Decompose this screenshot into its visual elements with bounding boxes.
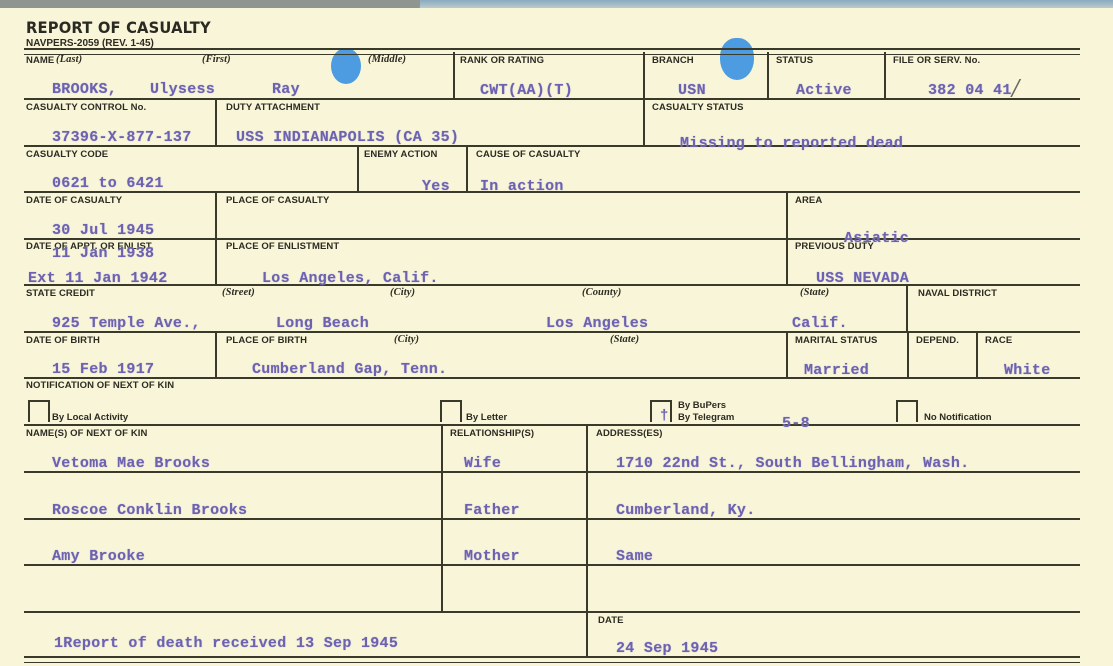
vrule-status [767,52,769,98]
form-title: REPORT OF CASUALTY [26,18,211,37]
label-state-credit: STATE CREDIT [26,288,95,299]
label-place-enlist: PLACE OF ENLISTMENT [226,241,339,252]
label-notification: NOTIFICATION OF NEXT OF KIN [26,380,174,391]
label-name-middle: (Middle) [368,54,406,65]
label-cause: CAUSE OF CASUALTY [476,149,580,160]
rule-top [24,48,1080,55]
nok-name-2: Roscoe Conklin Brooks [52,502,247,519]
rule-4 [24,238,1080,240]
value-name-middle: Ray [272,81,300,98]
label-depend: DEPEND. [916,335,959,346]
label-by-letter: By Letter [466,412,507,423]
vrule-pob [215,333,217,377]
vrule-naval [906,286,908,331]
value-duty-attachment: USS INDIANAPOLIS (CA 35) [236,129,459,146]
check-mark-telegram: † [660,408,669,424]
value-race: White [1004,362,1051,379]
rule-11 [24,564,1080,566]
label-birth-city: (City) [394,334,419,345]
value-state: Calif. [792,315,848,332]
label-by-bupers: By BuPers [678,400,726,411]
vrule-cause [466,147,468,191]
checkbox-by-letter[interactable] [440,400,462,422]
label-status: STATUS [776,55,813,66]
nok-address-3: Same [616,548,653,565]
rule-8 [24,424,1080,426]
label-city: (City) [390,287,415,298]
value-name-first: Ulysess [150,81,215,98]
vrule-depend [907,333,909,377]
value-marital: Married [804,362,869,379]
nok-relationship-1: Wife [464,455,501,472]
label-enemy-action: ENEMY ACTION [364,149,438,160]
checkbox-by-local-activity[interactable] [28,400,50,422]
vrule-marital [786,333,788,377]
label-casualty-status: CASUALTY STATUS [652,102,744,113]
nok-name-3: Amy Brooke [52,548,145,565]
vrule-duty [215,100,217,145]
label-place-casualty: PLACE OF CASUALTY [226,195,329,206]
value-date-appt-original: 11 Jan 1938 [52,245,154,262]
label-race: RACE [985,335,1012,346]
nok-relationship-3: Mother [464,548,520,565]
value-enemy-action: Yes [422,178,450,195]
value-place-enlist: Los Angeles, Calif. [262,270,439,287]
checkbox-no-notification[interactable] [896,400,918,422]
value-date-casualty: 30 Jul 1945 [52,222,154,239]
label-county: (County) [582,287,621,298]
label-casualty-control: CASUALTY CONTROL No. [26,102,146,113]
label-birth-state: (State) [610,334,639,345]
value-street: 925 Temple Ave., [52,315,201,332]
label-rank: RANK OR RATING [460,55,544,66]
vrule-relationship [441,426,443,611]
rule-5 [24,284,1080,286]
label-date: DATE [598,615,624,626]
value-place-birth: Cumberland Gap, Tenn. [252,361,447,378]
value-date-appt-extension: Ext 11 Jan 1942 [28,270,168,287]
label-addresses: ADDRESS(ES) [596,428,663,439]
vrule-area [786,193,788,284]
value-name-last: BROOKS, [52,81,117,98]
value-rank: CWT(AA)(T) [480,82,573,99]
label-state: (State) [800,287,829,298]
label-duty-attachment: DUTY ATTACHMENT [226,102,320,113]
label-casualty-code: CASUALTY CODE [26,149,108,160]
value-casualty-control: 37396-X-877-137 [52,129,192,146]
vrule-race [976,333,978,377]
vrule-file [884,52,886,98]
vrule-enemy [357,147,359,191]
label-no-notification: No Notification [924,412,992,423]
punch-hole-right [720,38,754,80]
vrule-branch [643,52,645,145]
value-county: Los Angeles [546,315,648,332]
value-remark: 1Report of death received 13 Sep 1945 [54,635,398,652]
value-date: 24 Sep 1945 [616,640,718,657]
value-cause: In action [480,178,564,195]
nok-name-1: Vetoma Mae Brooks [52,455,210,472]
nok-address-1: 1710 22nd St., South Bellingham, Wash. [616,455,969,472]
vrule-rank [453,52,455,98]
label-date-birth: DATE OF BIRTH [26,335,100,346]
nok-relationship-2: Father [464,502,520,519]
label-previous-duty: PREVIOUS DUTY [795,241,874,252]
label-by-local: By Local Activity [52,412,128,423]
vrule-address [586,426,588,656]
value-status: Active [796,82,852,99]
label-marital: MARITAL STATUS [795,335,878,346]
value-date-birth: 15 Feb 1917 [52,361,154,378]
label-nok-names: NAME(S) OF NEXT OF KIN [26,428,147,439]
label-street: (Street) [222,287,255,298]
pen-mark: ∕ [1012,76,1019,101]
value-file-no: 382 04 41 [928,82,1012,99]
label-by-telegram: By Telegram [678,412,734,423]
rule-12 [24,611,1080,613]
label-naval-district: NAVAL DISTRICT [918,288,997,299]
value-branch: USN [678,82,706,99]
label-name: NAME [26,55,54,66]
label-name-last: (Last) [56,54,82,65]
label-file-no: FILE OR SERV. No. [893,55,980,66]
value-city: Long Beach [276,315,369,332]
casualty-report-card: REPORT OF CASUALTY NAVPERS-2059 (REV. 1-… [0,8,1113,666]
label-name-first: (First) [202,54,231,65]
label-relationships: RELATIONSHIP(S) [450,428,534,439]
value-casualty-code: 0621 to 6421 [52,175,164,192]
value-casualty-status: Missing to reported dead [680,135,903,152]
label-date-casualty: DATE OF CASUALTY [26,195,122,206]
label-area: AREA [795,195,822,206]
label-branch: BRANCH [652,55,694,66]
value-previous-duty: USS NEVADA [816,270,909,287]
label-place-birth: PLACE OF BIRTH [226,335,307,346]
rule-7 [24,377,1080,379]
nok-address-2: Cumberland, Ky. [616,502,756,519]
value-notification-mark: 5-8 [782,415,810,432]
vrule-place-cas [215,193,217,284]
rule-bottom [24,656,1080,663]
